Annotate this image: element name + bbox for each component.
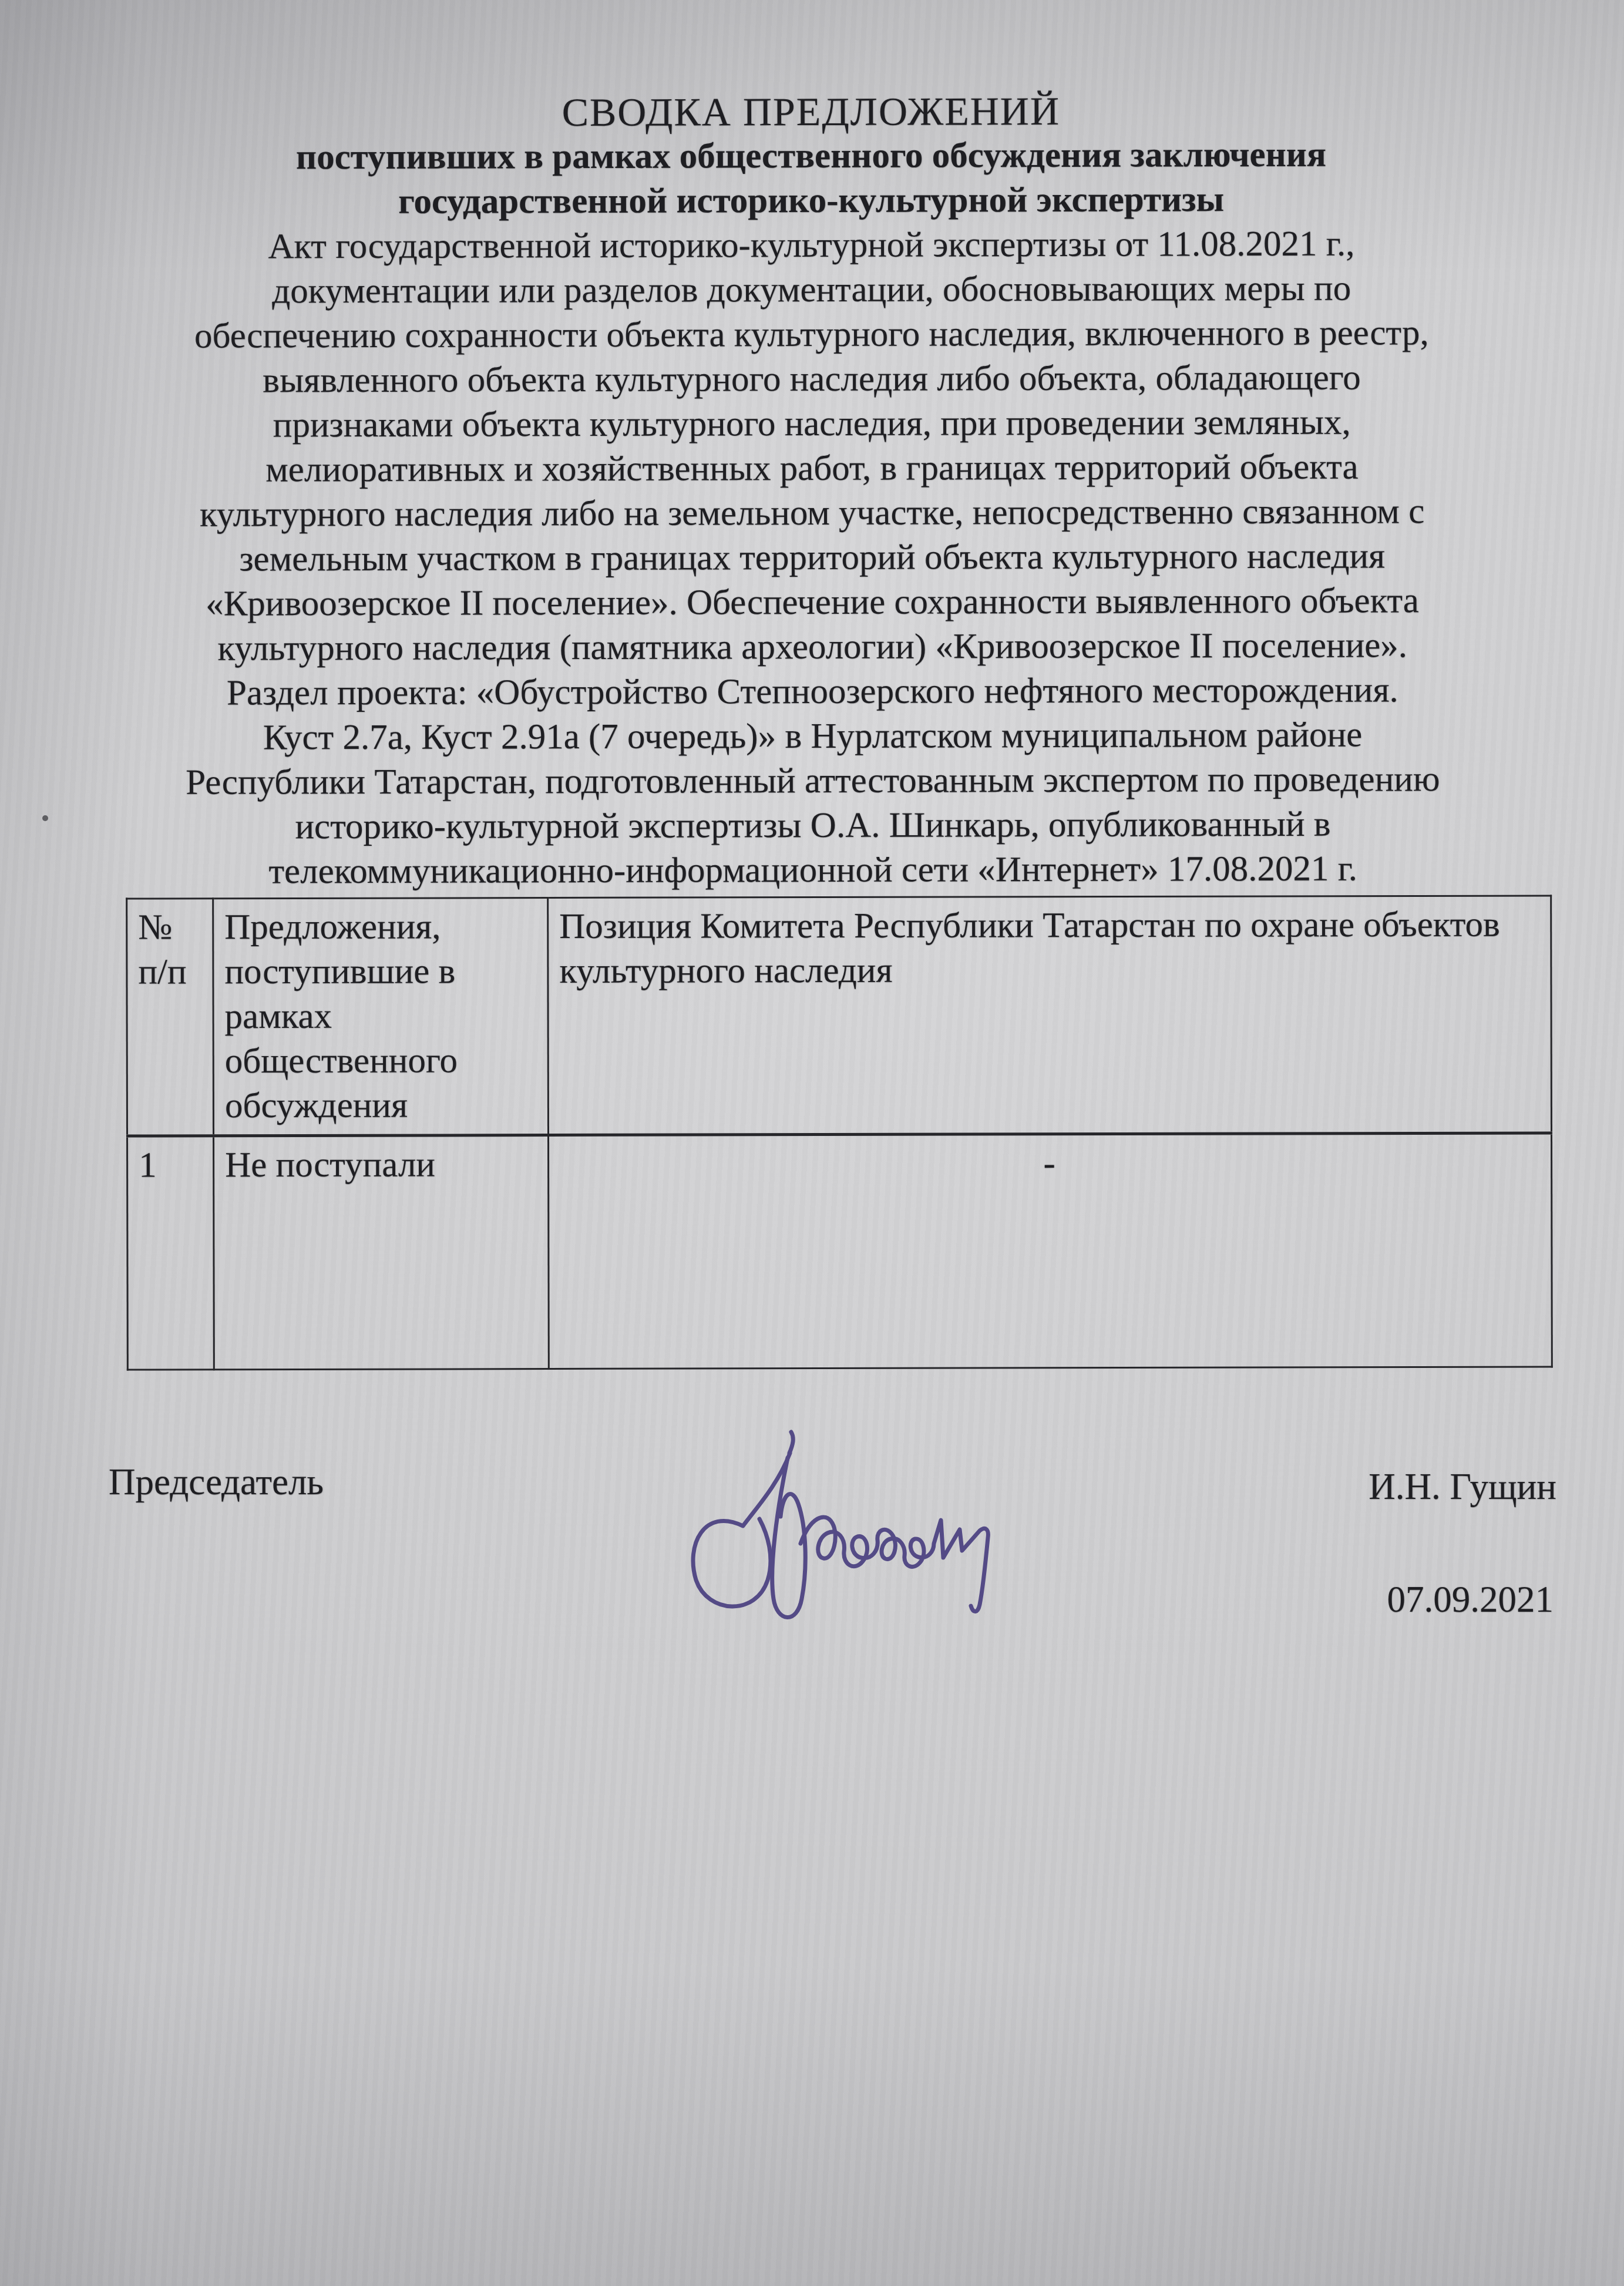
proposals-table: № п/п Предложения, поступившие в рамках … [126,895,1553,1370]
intro-line: документации или разделов документации, … [105,266,1518,314]
intro-line: Республики Татарстан, подготовленный атт… [106,757,1519,805]
page-title: СВОДКА ПРЕДЛОЖЕНИЙ [105,88,1517,136]
intro-line: мелиоративных и хозяйственных работ, в г… [106,445,1518,493]
intro-line: культурного наследия либо на земельном у… [106,489,1518,537]
intro-line: Акт государственной историко-культурной … [105,221,1518,270]
subtitle-line-2: государственной историко-культурной эксп… [105,177,1518,225]
row-number-cell: 1 [127,1136,214,1370]
intro-line: земельным участком в границах территорий… [106,534,1518,582]
paper-speck-artifact [42,815,48,821]
col-header-num: № п/п [127,899,214,1136]
intro-line: историко-культурной экспертизы О.А. Шинк… [106,802,1519,850]
scanned-document-page: СВОДКА ПРЕДЛОЖЕНИЙ поступивших в рамках … [0,0,1624,2286]
signature-stroke-loop-chain [801,1517,988,1612]
signature-stroke-tick [789,1432,793,1453]
col-header-committee-position: Позиция Комитета Республики Татарстан по… [548,896,1552,1135]
handwritten-signature [684,1404,1013,1639]
intro-line: выявленного объекта культурного наследия… [105,355,1518,404]
table-header-row: № п/п Предложения, поступившие в рамках … [127,896,1552,1136]
table-row: 1 Не поступали - [127,1133,1552,1370]
intro-line: Раздел проекта: «Обустройство Степноозер… [106,668,1519,716]
intro-line: обеспечению сохранности объекта культурн… [105,311,1518,359]
row-proposal-cell: Не поступали [214,1135,549,1370]
subtitle-line-1: поступивших в рамках общественного обсуж… [105,132,1517,180]
col-header-proposals: Предложения, поступившие в рамках общест… [213,898,549,1136]
signer-name: И.Н. Гущин [1369,1465,1556,1508]
document-body: СВОДКА ПРЕДЛОЖЕНИЙ поступивших в рамках … [105,88,1519,895]
signature-icon [684,1404,1013,1639]
signature-date: 07.09.2021 [1387,1578,1554,1621]
intro-line: культурного наследия (памятника археолог… [106,623,1519,671]
row-position-cell: - [549,1133,1552,1369]
intro-line: Куст 2.7а, Куст 2.91а (7 очередь)» в Нур… [106,712,1519,761]
signer-role-label: Председатель [109,1460,324,1504]
intro-line: «Кривоозерское II поселение». Обеспечени… [106,579,1518,627]
intro-line: признаками объекта культурного наследия,… [106,400,1518,448]
intro-line: телекоммуникационно-информационной сети … [107,846,1519,895]
